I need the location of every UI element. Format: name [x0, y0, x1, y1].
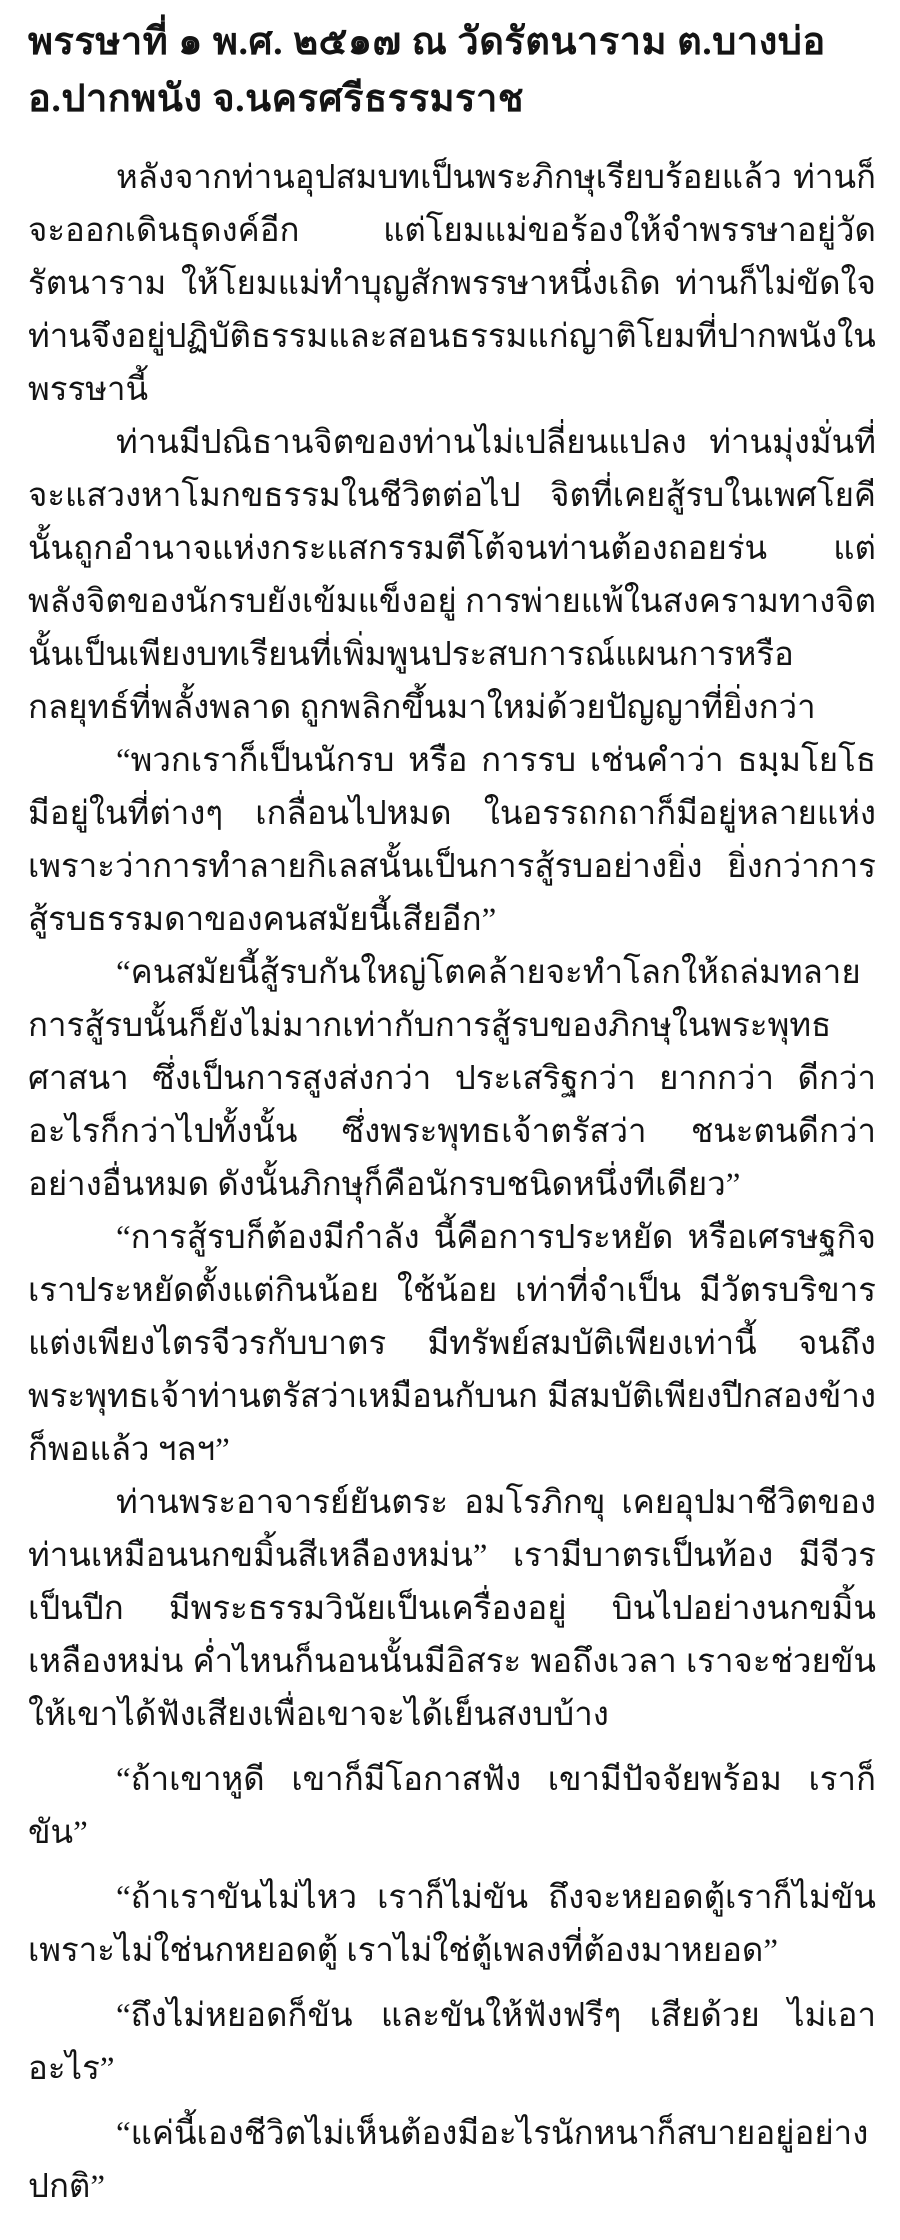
paragraph-quote-listen: “ถ้าเขาหูดี เขาก็มีโอกาสฟัง เขามีปัจจัยพ… [28, 1754, 876, 1860]
document-page: พรรษาที่ ๑ พ.ศ. ๒๕๑๗ ณ วัดรัตนาราม ต.บาง… [0, 0, 900, 2240]
paragraph-quote-no-jukebox: “ถ้าเราขันไม่ไหว เราก็ไม่ขัน ถึงจะหยอดตู… [28, 1872, 876, 1978]
paragraph-quote-sing-free: “ถึงไม่หยอดก็ขัน และขันให้ฟังฟรีๆ เสียด้… [28, 1990, 876, 2096]
paragraph-bird-simile: ท่านพระอาจารย์ยันตระ อมโรภิกขุ เคยอุปมาช… [28, 1477, 876, 1742]
title-line-1: พรรษาที่ ๑ พ.ศ. ๒๕๑๗ ณ วัดรัตนาราม ต.บาง… [28, 14, 876, 71]
paragraph-quote-warrior: “พวกเราก็เป็นนักรบ หรือ การรบ เช่นคำว่า … [28, 735, 876, 947]
title-line-2: อ.ปากพนัง จ.นครศรีธรรมราช [28, 71, 876, 128]
paragraph-resolve: ท่านมีปณิธานจิตของท่านไม่เปลี่ยนแปลง ท่า… [28, 417, 876, 735]
paragraph-quote-economy: “การสู้รบก็ต้องมีกำลัง นี้คือการประหยัด … [28, 1212, 876, 1477]
page-title: พรรษาที่ ๑ พ.ศ. ๒๕๑๗ ณ วัดรัตนาราม ต.บาง… [28, 14, 876, 128]
paragraph-quote-simple-life: “แค่นี้เองชีวิตไม่เห็นต้องมีอะไรนักหนาก็… [28, 2108, 876, 2214]
paragraph-quote-modern-battle: “คนสมัยนี้สู้รบกันใหญ่โตคล้ายจะทำโลกให้ถ… [28, 947, 876, 1212]
paragraph-ordination: หลังจากท่านอุปสมบทเป็นพระภิกษุเรียบร้อยแ… [28, 152, 876, 417]
